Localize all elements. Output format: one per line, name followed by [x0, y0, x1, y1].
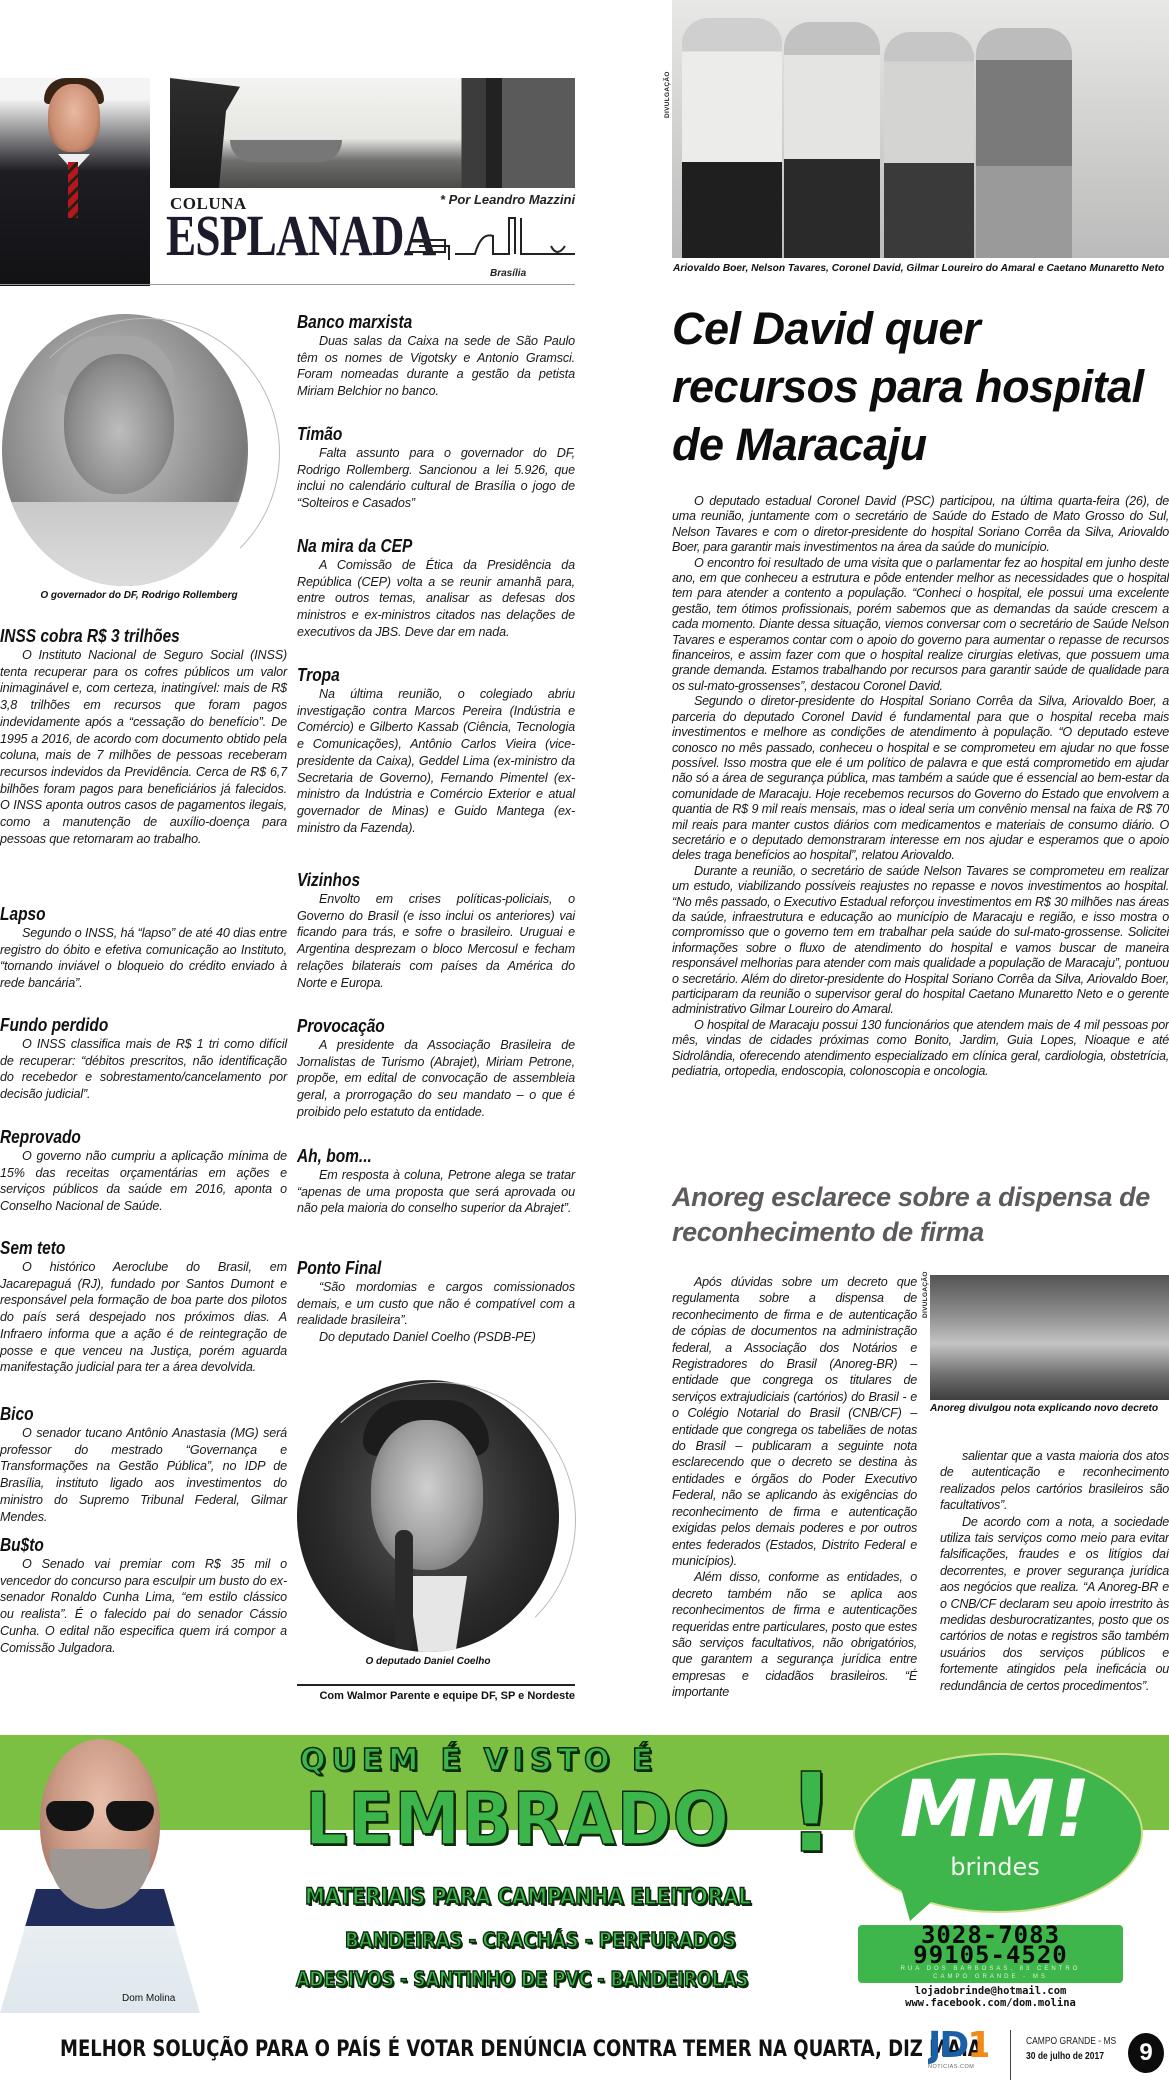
- note-body: A Comissão de Ética da Presidência da Re…: [297, 557, 575, 641]
- note-body: Em resposta à coluna, Petrone alega se t…: [297, 1167, 575, 1217]
- article-paragraph: O hospital de Maracaju possui 130 funcio…: [672, 1018, 1169, 1080]
- esplanada-banner-photo: [170, 78, 575, 188]
- divider: [1010, 2030, 1011, 2080]
- footer-headline: MELHOR SOLUÇÃO PARA O PAÍS É VOTAR DENÚN…: [60, 2037, 982, 2062]
- columnist-photo: [0, 78, 150, 286]
- article-paragraph: Segundo o diretor-presidente do Hospital…: [672, 694, 1169, 863]
- note-title: Bu$to: [0, 1535, 247, 1556]
- article-paragraph: O encontro foi resultado de uma visita q…: [672, 556, 1169, 695]
- anoreg-headline: Anoreg esclarece sobre a dispensa de rec…: [672, 1180, 1169, 1250]
- divider: [297, 1684, 575, 1686]
- note-body: O Instituto Nacional de Seguro Social (I…: [0, 647, 287, 847]
- article-paragraph: O deputado estadual Coronel David (PSC) …: [672, 494, 1169, 556]
- advertisement-banner[interactable]: Dom Molina QUEM É VISTO É LEMBRADO ! MAT…: [0, 1735, 1169, 2013]
- note-vizinhos: Vizinhos Envolto em crises políticas-pol…: [297, 870, 575, 991]
- note-title: Tropa: [297, 665, 536, 686]
- ad-person-photo: [0, 1739, 180, 2013]
- article-headline: Cel David quer recursos para hospital de…: [672, 300, 1169, 474]
- note-title: Ah, bom...: [297, 1146, 536, 1167]
- note-inss: INSS cobra R$ 3 trilhões O Instituto Nac…: [0, 626, 287, 847]
- note-title: Na mira da CEP: [297, 536, 536, 557]
- note-lapso: Lapso Segundo o INSS, há “lapso” de até …: [0, 904, 287, 992]
- anoreg-photo-caption: Anoreg divulgou nota explicando novo dec…: [930, 1403, 1169, 1414]
- photo-credit: DIVULGAÇÃO: [664, 71, 671, 118]
- note-body: Envolto em crises políticas-policiais, o…: [297, 891, 575, 991]
- note-reprovado: Reprovado O governo não cumpriu a aplica…: [0, 1127, 287, 1215]
- ad-slogan-line: QUEM É VISTO É: [300, 1743, 658, 1778]
- ad-email[interactable]: lojadobrinde@hotmail.com: [858, 1985, 1123, 1997]
- deputy-caption: O deputado Daniel Coelho: [297, 1656, 559, 1667]
- column-credit: Com Walmor Parente e equipe DF, SP e Nor…: [297, 1690, 575, 1702]
- note-body: A presidente da Associação Brasileira de…: [297, 1037, 575, 1121]
- note-busto: Bu$to O Senado vai premiar com R$ 35 mil…: [0, 1535, 287, 1656]
- ad-facebook[interactable]: www.facebook.com/dom.molina: [858, 1997, 1123, 2009]
- note-ah-bom: Ah, bom... Em resposta à coluna, Petrone…: [297, 1146, 575, 1217]
- divider: [0, 284, 575, 285]
- note-title: Sem teto: [0, 1238, 247, 1259]
- ad-address: RUA DOS BARBOSAS, 83 CENTRO: [858, 1965, 1123, 1973]
- anoreg-column-1: Após dúvidas sobre um decreto que regula…: [672, 1274, 917, 1701]
- anoreg-paragraph: Além disso, conforme as entidades, o dec…: [672, 1569, 917, 1700]
- note-body: Segundo o INSS, há “lapso” de até 40 dia…: [0, 925, 287, 992]
- group-photo: [672, 0, 1169, 258]
- anoreg-paragraph: salientar que a vasta maioria dos atos d…: [940, 1448, 1169, 1514]
- note-title: Provocação: [297, 1016, 536, 1037]
- column-city: Brasília: [490, 268, 526, 279]
- note-title: Banco marxista: [297, 312, 536, 333]
- note-bico: Bico O senador tucano Antônio Anastasia …: [0, 1404, 287, 1525]
- note-title: Vizinhos: [297, 870, 536, 891]
- governor-caption: O governador do DF, Rodrigo Rollemberg: [0, 590, 278, 601]
- anoreg-building-photo: [930, 1275, 1169, 1400]
- decorative-arc: [10, 318, 280, 588]
- ad-person-name: Dom Molina: [122, 1993, 175, 2004]
- ad-contact-box: 3028-7083 99105-4520 RUA DOS BARBOSAS, 8…: [858, 1925, 1123, 1983]
- ad-products-line: BANDEIRAS - CRACHÁS - PERFURADOS: [345, 1928, 736, 1952]
- ad-address: CAMPO GRANDE - MS: [858, 1973, 1123, 1981]
- note-title: Ponto Final: [297, 1258, 536, 1279]
- column-byline: * Por Leandro Mazzini: [440, 192, 575, 207]
- decorative-arc: [300, 1382, 576, 1658]
- note-body: “São mordomias e cargos comissionados de…: [297, 1279, 575, 1329]
- column-name: ESPLANADA: [166, 206, 435, 266]
- note-body: O governo não cumpriu a aplicação mínima…: [0, 1148, 287, 1215]
- ad-exclamation: !: [786, 1753, 836, 1873]
- note-body: O Senado vai premiar com R$ 35 mil o ven…: [0, 1556, 287, 1656]
- ad-phone: 99105-4520: [858, 1945, 1123, 1965]
- brand-subtitle: brindes: [880, 1853, 1110, 1881]
- note-banco-marxista: Banco marxista Duas salas da Caixa na se…: [297, 312, 575, 400]
- note-timao: Timão Falta assunto para o governador do…: [297, 424, 575, 512]
- note-tropa: Tropa Na última reunião, o colegiado abr…: [297, 665, 575, 836]
- page-number: 9: [1128, 2033, 1164, 2073]
- note-title: Lapso: [0, 904, 247, 925]
- note-ponto-final: Ponto Final “São mordomias e cargos comi…: [297, 1258, 575, 1346]
- note-fundo-perdido: Fundo perdido O INSS classifica mais de …: [0, 1015, 287, 1103]
- note-body: Duas salas da Caixa na sede de São Paulo…: [297, 333, 575, 400]
- note-provocacao: Provocação A presidente da Associação Br…: [297, 1016, 575, 1121]
- logo-text: JD1: [928, 2028, 988, 2064]
- note-na-mira-da-cep: Na mira da CEP A Comissão de Ética da Pr…: [297, 536, 575, 641]
- brand-logo: MM!: [880, 1765, 1110, 1855]
- article-body: O deputado estadual Coronel David (PSC) …: [672, 494, 1169, 1079]
- note-title: Reprovado: [0, 1127, 247, 1148]
- ad-slogan-main: LEMBRADO: [305, 1779, 730, 1859]
- note-body: Na última reunião, o colegiado abriu inv…: [297, 686, 575, 836]
- note-body: O INSS classifica mais de R$ 1 tri como …: [0, 1036, 287, 1103]
- note-body: O senador tucano Antônio Anastasia (MG) …: [0, 1425, 287, 1525]
- note-body: O histórico Aeroclube do Brasil, em Jaca…: [0, 1259, 287, 1376]
- anoreg-column-2: salientar que a vasta maioria dos atos d…: [940, 1448, 1169, 1694]
- ad-online-contact: lojadobrinde@hotmail.com www.facebook.co…: [858, 1985, 1123, 2009]
- photo-credit: DIVULGAÇÃO: [922, 1271, 929, 1318]
- note-title: Timão: [297, 424, 536, 445]
- note-attribution: Do deputado Daniel Coelho (PSDB-PE): [297, 1329, 575, 1346]
- anoreg-paragraph: De acordo com a nota, a sociedade utiliz…: [940, 1514, 1169, 1694]
- jd1-logo[interactable]: JD1 NOTICIAS.COM: [928, 2028, 988, 2072]
- ad-subtitle: MATERIAIS PARA CAMPANHA ELEITORAL: [305, 1885, 751, 1910]
- note-body: Falta assunto para o governador do DF, R…: [297, 445, 575, 512]
- article-paragraph: Durante a reunião, o secretário de saúde…: [672, 864, 1169, 1018]
- note-title: INSS cobra R$ 3 trilhões: [0, 626, 247, 647]
- footer-date: 30 de julho de 2017: [1026, 2051, 1104, 2062]
- brasilia-skyline-icon: [405, 210, 575, 270]
- note-title: Bico: [0, 1404, 247, 1425]
- note-title: Fundo perdido: [0, 1015, 247, 1036]
- note-sem-teto: Sem teto O histórico Aeroclube do Brasil…: [0, 1238, 287, 1376]
- ad-products-line: ADESIVOS - SANTINHO DE PVC - BANDEIROLAS: [296, 1967, 748, 1991]
- footer-city: CAMPO GRANDE - MS: [1026, 2036, 1116, 2047]
- group-photo-caption: Ariovaldo Boer, Nelson Tavares, Coronel …: [673, 262, 1169, 275]
- anoreg-paragraph: Após dúvidas sobre um decreto que regula…: [672, 1274, 917, 1569]
